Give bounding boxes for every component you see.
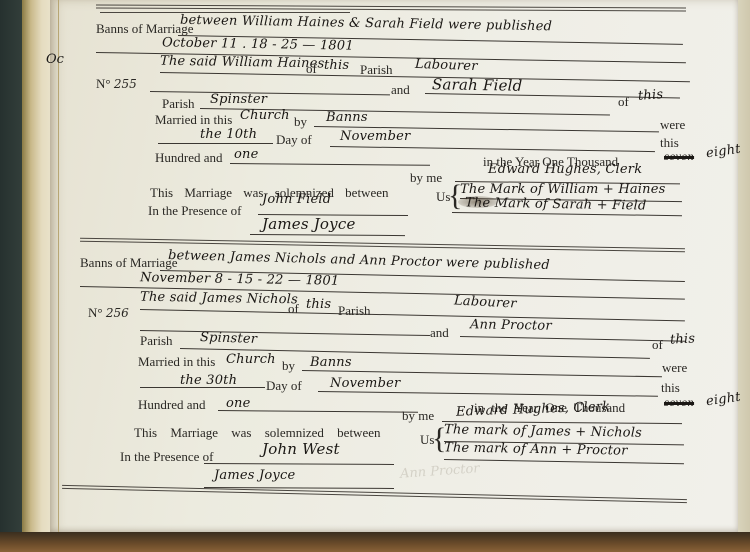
- of-label: of: [288, 301, 299, 317]
- party1-mark: The Mark of William + Haines: [460, 182, 666, 197]
- presence-label: In the Presence of: [120, 449, 214, 465]
- day-of-label: Day of: [276, 132, 312, 148]
- witness1: John West: [262, 440, 340, 458]
- number-prefix: N°: [88, 305, 103, 320]
- margin-note: Oc: [46, 52, 64, 67]
- entry-number: N° 256: [88, 305, 129, 321]
- by-label: by: [294, 114, 307, 130]
- groom-occupation: Labourer: [415, 57, 478, 74]
- groom-parish: this: [306, 297, 331, 312]
- book-cover-right: [737, 0, 750, 552]
- and-label: and: [430, 325, 449, 341]
- this-label: this: [660, 135, 679, 151]
- groom-parish: this: [324, 58, 349, 73]
- party2-mark: The mark of Ann + Proctor: [444, 440, 628, 458]
- day-of-label: Day of: [266, 378, 302, 394]
- banns-label: Banns of Marriage: [80, 255, 177, 271]
- presence-label: In the Presence of: [148, 203, 242, 219]
- witness2: James Joyce: [262, 215, 356, 233]
- rule: [140, 387, 265, 388]
- marriage-place: Church: [226, 352, 276, 367]
- of-label: of: [618, 94, 629, 110]
- party2-mark: The Mark of Sarah + Field: [465, 195, 647, 213]
- entry-number: N° 255: [96, 76, 137, 92]
- bride-parish: this: [670, 331, 696, 347]
- marriage-day: the 10th: [200, 127, 257, 142]
- witness2: James Joyce: [214, 468, 295, 483]
- year-units: one: [226, 396, 251, 411]
- were-label: were: [662, 360, 687, 376]
- year-hundreds-struck: seven: [664, 152, 694, 163]
- officiant: Edward Hughes, Clerk: [488, 162, 642, 177]
- marriage-method: Banns: [326, 110, 368, 125]
- were-label: were: [660, 117, 685, 133]
- bride-status: Spinster: [210, 92, 267, 107]
- groom-occupation: Labourer: [454, 293, 517, 311]
- marriage-place: Church: [240, 108, 290, 123]
- marriage-day: the 30th: [180, 373, 237, 388]
- and-label: and: [391, 82, 410, 98]
- hundred-and-label: Hundred and: [138, 397, 206, 413]
- parish-label: Parish: [338, 303, 371, 319]
- entry-number-value: 256: [106, 306, 129, 320]
- bride-parish: this: [638, 87, 664, 104]
- marriage-month: November: [330, 376, 400, 391]
- page-gutter-line: [58, 0, 59, 540]
- by-label: by: [282, 358, 295, 374]
- married-label: Married in this: [155, 112, 232, 128]
- bride-name: Ann Proctor: [470, 317, 552, 333]
- marriage-month: November: [340, 129, 410, 144]
- hundred-and-label: Hundred and: [155, 150, 223, 166]
- groom-description: The said James Nichols: [140, 290, 298, 308]
- marriage-method: Banns: [310, 355, 352, 370]
- bride-status: Spinster: [200, 330, 258, 347]
- book-cover-bottom: [0, 532, 750, 552]
- witness1: John Field: [262, 192, 331, 207]
- groom-description: The said William Haines: [160, 54, 325, 72]
- entry-number-value: 255: [114, 77, 137, 91]
- year-units: one: [234, 147, 259, 162]
- parish-label: Parish: [162, 96, 195, 112]
- of-label: of: [652, 337, 663, 353]
- this-label: this: [661, 380, 680, 396]
- solemnized-label: This Marriage was solemnized between: [134, 425, 380, 441]
- by-me-label: by me: [410, 170, 442, 186]
- year-hundreds-struck: seven: [664, 398, 694, 409]
- by-me-label: by me: [402, 408, 434, 424]
- number-prefix: N°: [96, 76, 111, 91]
- rule: [158, 143, 273, 144]
- married-label: Married in this: [138, 354, 215, 370]
- bride-name: Sarah Field: [432, 75, 523, 95]
- parish-label: Parish: [140, 333, 173, 349]
